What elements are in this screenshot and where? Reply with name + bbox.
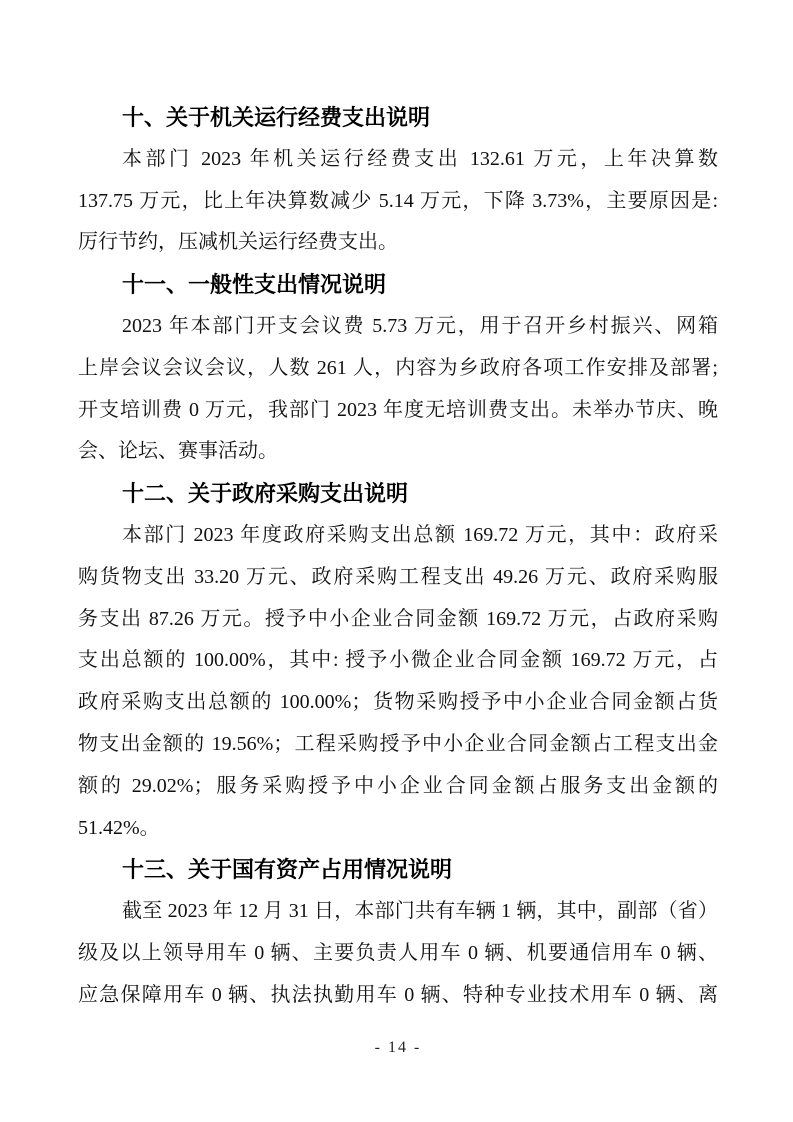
body-line: 支出总额的 100.00%，其中: 授予小微企业合同金额 169.72 万元，占	[78, 640, 718, 682]
section-heading: 十三、关于国有资产占用情况说明	[78, 849, 718, 891]
body-line: 开支培训费 0 万元，我部门 2023 年度无培训费支出。未举办节庆、晚	[78, 390, 718, 432]
body-line: 2023 年本部门开支会议费 5.73 万元，用于召开乡村振兴、网箱	[78, 306, 718, 348]
body-line: 额的 29.02%；服务采购授予中小企业合同金额占服务支出金额的	[78, 766, 718, 808]
section-state-owned-assets: 十三、关于国有资产占用情况说明 截至 2023 年 12 月 31 日，本部门共…	[78, 849, 718, 1016]
body-line: 137.75 万元，比上年决算数减少 5.14 万元，下降 3.73%，主要原因…	[78, 181, 718, 223]
body-line: 政府采购支出总额的 100.00%；货物采购授予中小企业合同金额占货	[78, 682, 718, 724]
body-line: 购货物支出 33.20 万元、政府采购工程支出 49.26 万元、政府采购服	[78, 557, 718, 599]
page-number: - 14 -	[78, 1038, 718, 1058]
body-line: 本部门 2023 年机关运行经费支出 132.61 万元，上年决算数	[78, 139, 718, 181]
document-page: 十、关于机关运行经费支出说明 本部门 2023 年机关运行经费支出 132.61…	[0, 0, 793, 1122]
body-line: 本部门 2023 年度政府采购支出总额 169.72 万元，其中：政府采	[78, 515, 718, 557]
section-heading: 十、关于机关运行经费支出说明	[78, 97, 718, 139]
section-heading: 十二、关于政府采购支出说明	[78, 473, 718, 515]
body-line: 上岸会议会议会议，人数 261 人，内容为乡政府各项工作安排及部署;	[78, 348, 718, 390]
body-line: 会、论坛、赛事活动。	[78, 431, 718, 473]
section-government-procurement: 十二、关于政府采购支出说明 本部门 2023 年度政府采购支出总额 169.72…	[78, 473, 718, 849]
body-line: 应急保障用车 0 辆、执法执勤用车 0 辆、特种专业技术用车 0 辆、离	[78, 975, 718, 1017]
section-operating-expenses: 十、关于机关运行经费支出说明 本部门 2023 年机关运行经费支出 132.61…	[78, 97, 718, 264]
body-line: 厉行节约，压减机关运行经费支出。	[78, 222, 718, 264]
section-heading: 十一、一般性支出情况说明	[78, 264, 718, 306]
body-line: 级及以上领导用车 0 辆、主要负责人用车 0 辆、机要通信用车 0 辆、	[78, 933, 718, 975]
body-line: 截至 2023 年 12 月 31 日，本部门共有车辆 1 辆，其中，副部（省）	[78, 891, 718, 933]
section-general-expenditure: 十一、一般性支出情况说明 2023 年本部门开支会议费 5.73 万元，用于召开…	[78, 264, 718, 473]
body-line: 物支出金额的 19.56%；工程采购授予中小企业合同金额占工程支出金	[78, 724, 718, 766]
body-line: 务支出 87.26 万元。授予中小企业合同金额 169.72 万元，占政府采购	[78, 599, 718, 641]
body-line: 51.42%。	[78, 808, 718, 850]
